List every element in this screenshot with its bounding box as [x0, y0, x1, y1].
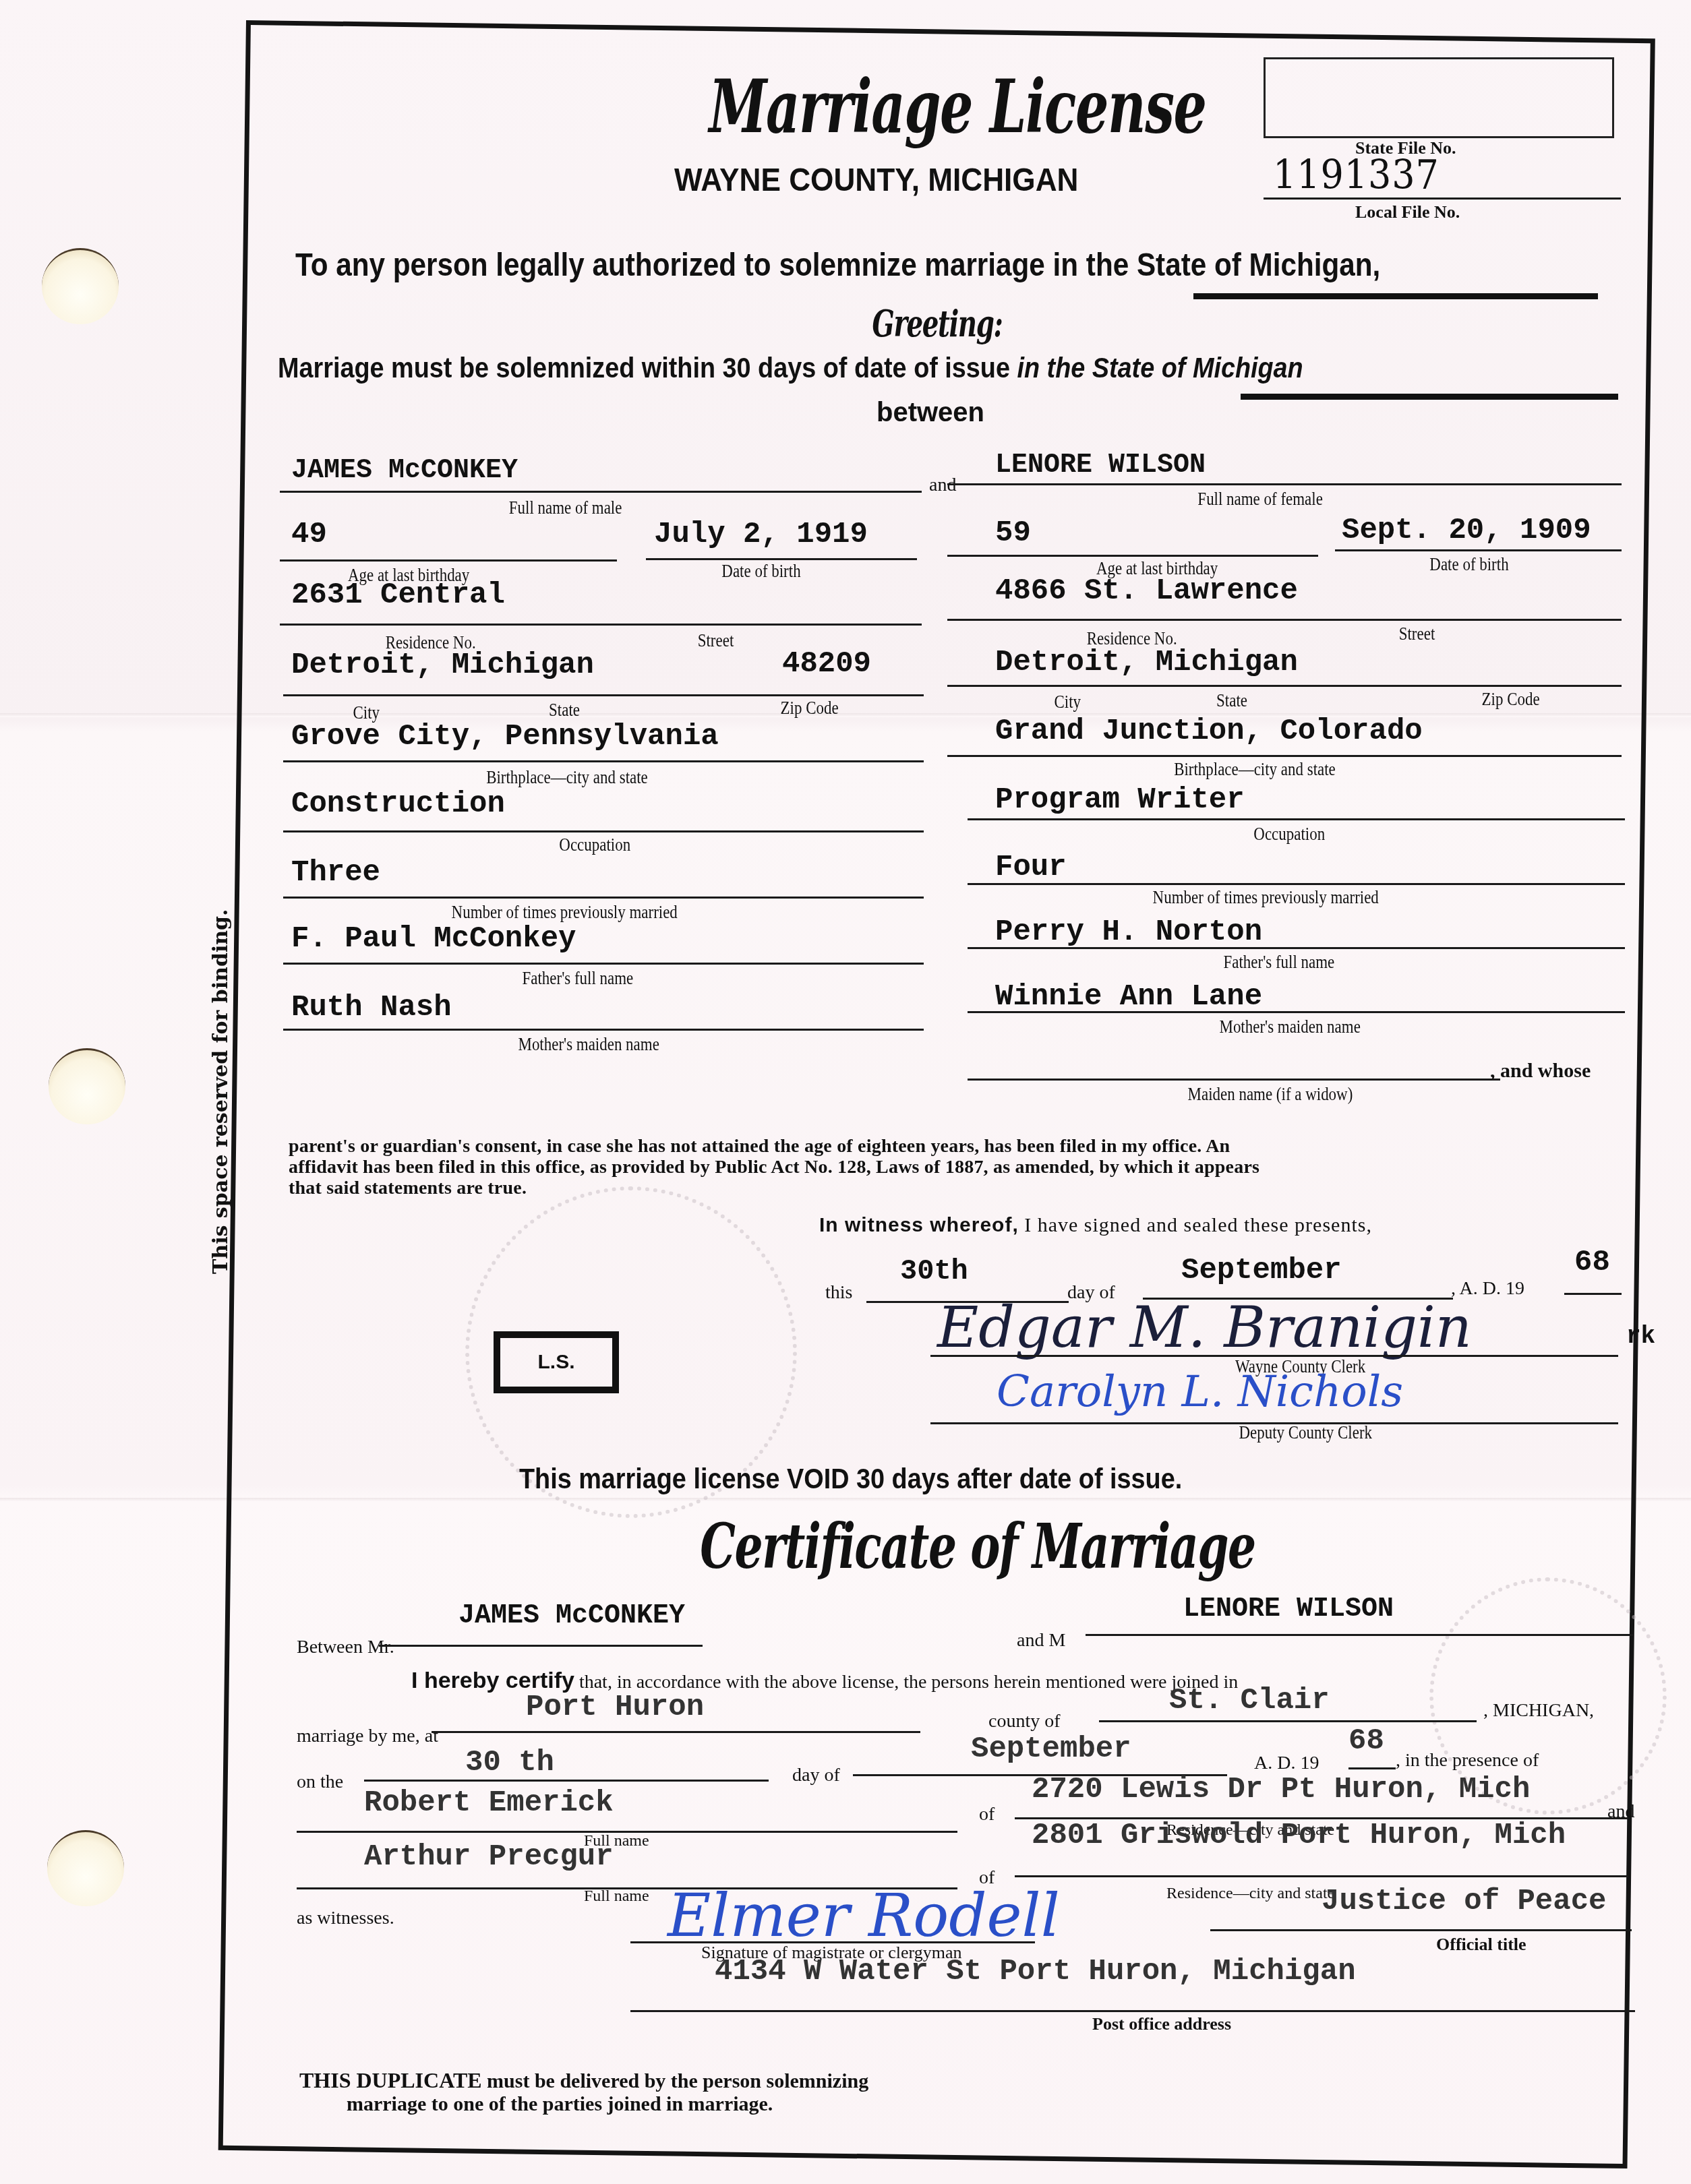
form-line	[968, 883, 1625, 885]
duplicate-notice: THIS DUPLICATE must be delivered by the …	[299, 2068, 868, 2116]
state-file-box	[1264, 57, 1614, 138]
form-line	[947, 755, 1622, 757]
marriage-year: 68	[1348, 1724, 1384, 1758]
official-title: Justice of Peace	[1322, 1885, 1606, 1918]
certify-text: that, in accordance with the above licen…	[574, 1672, 1238, 1693]
void-notice: This marriage license VOID 30 days after…	[519, 1463, 1182, 1495]
form-line	[1099, 1720, 1477, 1722]
form-line	[630, 2010, 1635, 2012]
seal-box: L.S.	[494, 1331, 619, 1393]
greeting: Greeting:	[816, 302, 1059, 345]
license-year: 68	[1574, 1246, 1610, 1279]
female-birthplace: Grand Junction, Colorado	[995, 715, 1423, 748]
bride-name: LENORE WILSON	[1183, 1594, 1394, 1625]
female-full-name: LENORE WILSON	[995, 450, 1206, 481]
female-dob-label: Date of birth	[1429, 554, 1508, 575]
marriage-month: September	[971, 1732, 1131, 1766]
witness1-name: Robert Emerick	[364, 1786, 614, 1820]
license-month: September	[1181, 1254, 1342, 1287]
father-label: Father's full name	[1224, 952, 1335, 973]
maiden-name-line	[968, 1079, 1500, 1081]
duplicate-notice-line2: marriage to one of the parties joined in…	[299, 2093, 868, 2116]
form-line	[1086, 1634, 1633, 1636]
male-times-married: Three	[291, 856, 380, 890]
address-line: To any person legally authorized to sole…	[295, 247, 1380, 284]
female-dob: Sept. 20, 1909	[1342, 514, 1591, 547]
form-line	[947, 555, 1318, 557]
female-age: 59	[995, 516, 1031, 550]
between-mr-label: Between Mr.	[297, 1637, 394, 1658]
binder-hole-icon	[49, 1048, 125, 1124]
form-line	[1348, 1767, 1396, 1769]
male-zip: 48209	[782, 647, 871, 681]
binding-note: This space reserved for binding.	[209, 909, 233, 1274]
form-line	[283, 1029, 924, 1031]
male-name-label: Full name of male	[509, 497, 622, 518]
marriage-place: Port Huron	[526, 1691, 704, 1724]
marriage-at-label: marriage by me, at	[297, 1726, 438, 1747]
form-line	[646, 558, 917, 560]
county-heading: WAYNE COUNTY, MICHIGAN	[674, 162, 1078, 199]
witness2-name: Arthur Precgur	[364, 1840, 614, 1874]
binder-hole-icon	[47, 1830, 124, 1906]
form-line	[947, 685, 1622, 687]
witness2-residence: 2801 Griswold Port Huron, Mich	[1032, 1819, 1566, 1852]
form-line	[968, 947, 1625, 949]
times-married-label: Number of times previously married	[452, 902, 678, 923]
form-line	[283, 760, 924, 762]
duplicate-notice-text: must be delivered by the person solemniz…	[482, 2070, 869, 2092]
witness-whereof: In witness whereof, I have signed and se…	[819, 1213, 1372, 1237]
form-line	[1015, 1875, 1628, 1877]
female-father: Perry H. Norton	[995, 915, 1262, 949]
form-line	[1335, 549, 1622, 551]
male-age: 49	[291, 518, 327, 551]
male-full-name: JAMES McCONKEY	[291, 456, 518, 486]
file-no-divider	[1264, 198, 1621, 200]
street-label: Street	[698, 630, 734, 651]
and-connector: and	[929, 475, 956, 496]
female-occupation: Program Writer	[995, 783, 1245, 817]
form-line	[968, 1011, 1625, 1013]
form-line	[283, 963, 924, 965]
form-line	[947, 619, 1622, 621]
street-label: Street	[1399, 624, 1435, 644]
address-line-underlined: in the State of Michigan,	[1053, 247, 1381, 283]
form-line	[432, 1731, 920, 1733]
birthplace-label: Birthplace—city and state	[486, 767, 648, 788]
times-married-label: Number of times previously married	[1153, 887, 1379, 908]
this-label: this	[825, 1282, 852, 1304]
official-title-label: Official title	[1436, 1935, 1526, 1955]
certificate-title: Certificate of Marriage	[686, 1510, 1269, 1583]
marriage-day: 30 th	[465, 1746, 554, 1780]
affidavit-text: parent's or guardian's consent, in case …	[289, 1136, 1259, 1199]
requirement-line: Marriage must be solemnized within 30 da…	[278, 352, 1303, 384]
as-witnesses-label: as witnesses.	[297, 1908, 394, 1929]
and-m-label: and M	[1017, 1630, 1065, 1651]
female-mother: Winnie Ann Lane	[995, 980, 1262, 1014]
witness1-residence: 2720 Lewis Dr Pt Huron, Mich	[1032, 1773, 1530, 1807]
groom-name: JAMES McCONKEY	[458, 1601, 685, 1631]
michigan-label: , MICHIGAN,	[1483, 1700, 1594, 1722]
female-name-label: Full name of female	[1197, 489, 1322, 510]
license-day: 30th	[900, 1255, 968, 1287]
seal-label: L.S.	[537, 1351, 574, 1374]
witness-whereof-bold: In witness whereof,	[819, 1214, 1019, 1236]
female-times-married: Four	[995, 851, 1067, 884]
affidavit-line: affidavit has been filed in this office,…	[289, 1157, 1259, 1178]
form-line	[1210, 1929, 1632, 1931]
occupation-label: Occupation	[559, 835, 630, 855]
official-signature: Elmer Rodell	[667, 1881, 1060, 1950]
zip-label: Zip Code	[781, 698, 839, 719]
affidavit-line: parent's or guardian's consent, in case …	[289, 1136, 1259, 1157]
form-line	[283, 830, 924, 832]
clerk-signature: Edgar M. Branigin	[937, 1294, 1472, 1360]
between-label: between	[877, 398, 984, 428]
form-line	[968, 818, 1625, 820]
male-dob-label: Date of birth	[721, 561, 800, 582]
city-label: City	[1054, 692, 1081, 712]
form-line	[280, 624, 922, 626]
of-label: of	[979, 1804, 995, 1825]
and-whose-label: , and whose	[1490, 1060, 1591, 1083]
form-line	[283, 897, 924, 899]
underline-bar	[1193, 293, 1598, 299]
mother-label: Mother's maiden name	[518, 1034, 659, 1055]
birthplace-label: Birthplace—city and state	[1174, 759, 1336, 780]
male-city-state: Detroit, Michigan	[291, 648, 594, 682]
form-line	[280, 559, 617, 562]
full-name-label: Full name	[584, 1887, 649, 1906]
duplicate-notice-bold: THIS DUPLICATE	[299, 2068, 482, 2092]
male-residence: 2631 Central	[291, 578, 505, 612]
zip-label: Zip Code	[1482, 689, 1540, 710]
male-mother: Ruth Nash	[291, 991, 452, 1025]
residence-label: Residence—city and state	[1166, 1885, 1334, 1903]
father-label: Father's full name	[523, 968, 634, 989]
female-city-state: Detroit, Michigan	[995, 646, 1298, 679]
affidavit-line: that said statements are true.	[289, 1178, 1259, 1199]
local-file-label: Local File No.	[1355, 202, 1460, 222]
male-dob: July 2, 1919	[654, 518, 868, 551]
address-line-text: To any person legally authorized to sole…	[295, 247, 1053, 283]
occupation-label: Occupation	[1253, 824, 1325, 845]
form-line	[1564, 1293, 1622, 1295]
binder-hole-icon	[42, 248, 119, 324]
ad-label: A. D. 19	[1254, 1753, 1319, 1774]
mother-label: Mother's maiden name	[1219, 1017, 1360, 1037]
male-name-line	[280, 491, 922, 493]
clerk-suffix: rk	[1626, 1323, 1655, 1350]
presence-label: , in the presence of	[1396, 1750, 1539, 1771]
state-label: State	[549, 700, 580, 721]
state-label: State	[1216, 690, 1247, 711]
form-line	[364, 1780, 769, 1782]
underline-bar	[1241, 394, 1618, 400]
day-of-label: day of	[792, 1765, 840, 1786]
witness-whereof-text: I have signed and sealed these presents,	[1019, 1214, 1372, 1236]
on-the-label: on the	[297, 1771, 343, 1793]
and-label: and	[1607, 1801, 1634, 1823]
deputy-signature: Carolyn L. Nichols	[997, 1367, 1403, 1417]
maiden-name-label: Maiden name (if a widow)	[1188, 1084, 1353, 1105]
county-label: county of	[988, 1711, 1061, 1732]
post-office-address: 4134 W Water St Port Huron, Michigan	[715, 1955, 1356, 1989]
male-father: F. Paul McConkey	[291, 922, 576, 956]
document-title: Marriage License	[695, 65, 1220, 150]
post-office-label: Post office address	[1092, 2014, 1231, 2034]
requirement-underlined: in the State of Michigan	[1017, 352, 1303, 384]
male-occupation: Construction	[291, 787, 505, 821]
form-line	[283, 694, 924, 696]
requirement-text: Marriage must be solemnized within 30 da…	[278, 352, 1017, 384]
female-residence: 4866 St. Lawrence	[995, 574, 1298, 608]
male-birthplace: Grove City, Pennsylvania	[291, 720, 719, 754]
state-file-number: 1191337	[1273, 152, 1440, 199]
deputy-label: Deputy County Clerk	[1239, 1422, 1372, 1443]
certify-bold: I hereby certify	[411, 1668, 574, 1693]
marriage-county: St. Clair	[1169, 1684, 1330, 1718]
form-line	[379, 1645, 703, 1647]
form-line	[947, 483, 1622, 485]
